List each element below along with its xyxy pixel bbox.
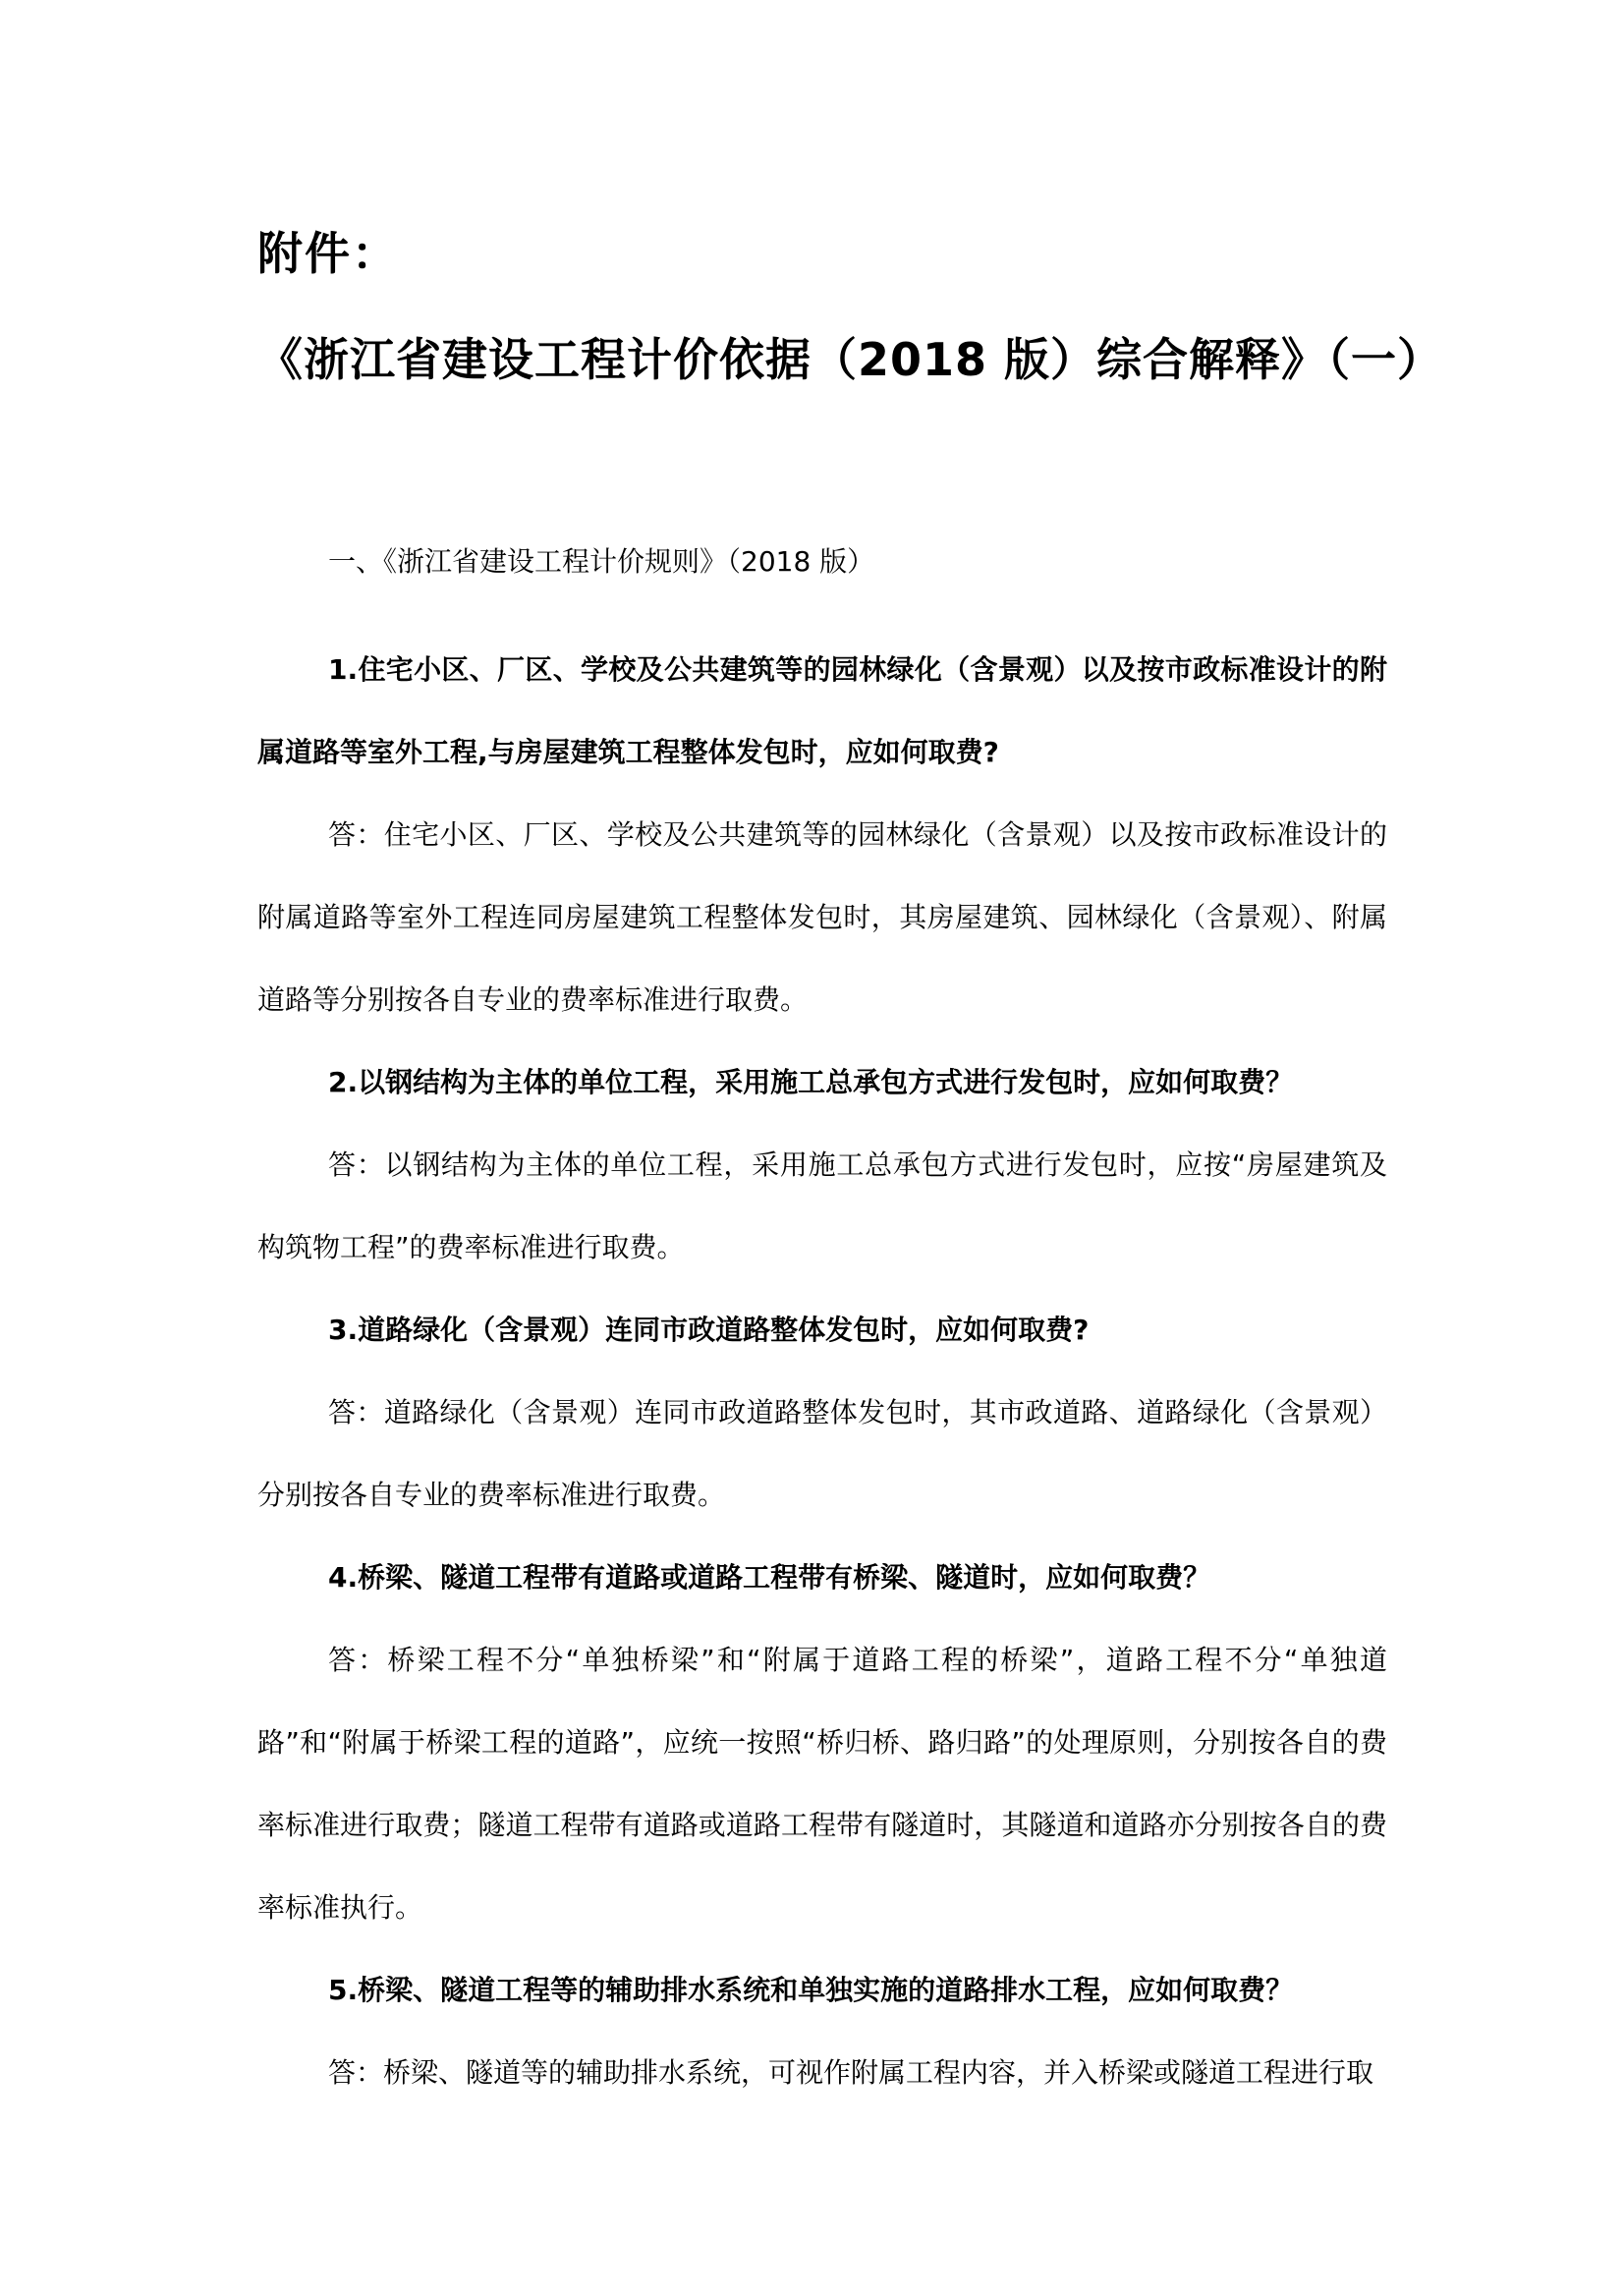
answer-3: 答：道路绿化（含景观）连同市政道路整体发包时，其市政道路、道路绿化（含景观）分别… (257, 1372, 1387, 1537)
question-5: 5.桥梁、隧道工程等的辅助排水系统和单独实施的道路排水工程，应如何取费？ (257, 1949, 1387, 2032)
question-3: 3.道路绿化（含景观）连同市政道路整体发包时，应如何取费? (257, 1289, 1387, 1372)
answer-1: 答：住宅小区、厂区、学校及公共建筑等的园林绿化（含景观）以及按市政标准设计的附属… (257, 794, 1387, 1041)
question-2: 2.以钢结构为主体的单位工程，采用施工总承包方式进行发包时，应如何取费？ (257, 1041, 1387, 1124)
document-title: 《浙江省建设工程计价依据（2018 版）综合解释》（一） (257, 324, 1443, 389)
document-body: 1.住宅小区、厂区、学校及公共建筑等的园林绿化（含景观）以及按市政标准设计的附属… (257, 629, 1387, 2114)
answer-2: 答：以钢结构为主体的单位工程，采用施工总承包方式进行发包时，应按“房屋建筑及构筑… (257, 1124, 1387, 1289)
question-4: 4.桥梁、隧道工程带有道路或道路工程带有桥梁、隧道时，应如何取费？ (257, 1537, 1387, 1619)
attachment-label: 附件： (257, 218, 399, 283)
section-heading: 一、《浙江省建设工程计价规则》（2018 版） (328, 540, 874, 580)
answer-5: 答：桥梁、隧道等的辅助排水系统，可视作附属工程内容，并入桥梁或隧道工程进行取 (257, 2032, 1387, 2114)
question-1: 1.住宅小区、厂区、学校及公共建筑等的园林绿化（含景观）以及按市政标准设计的附属… (257, 629, 1387, 794)
answer-4: 答：桥梁工程不分“单独桥梁”和“附属于道路工程的桥梁”，道路工程不分“单独道路”… (257, 1619, 1387, 1949)
